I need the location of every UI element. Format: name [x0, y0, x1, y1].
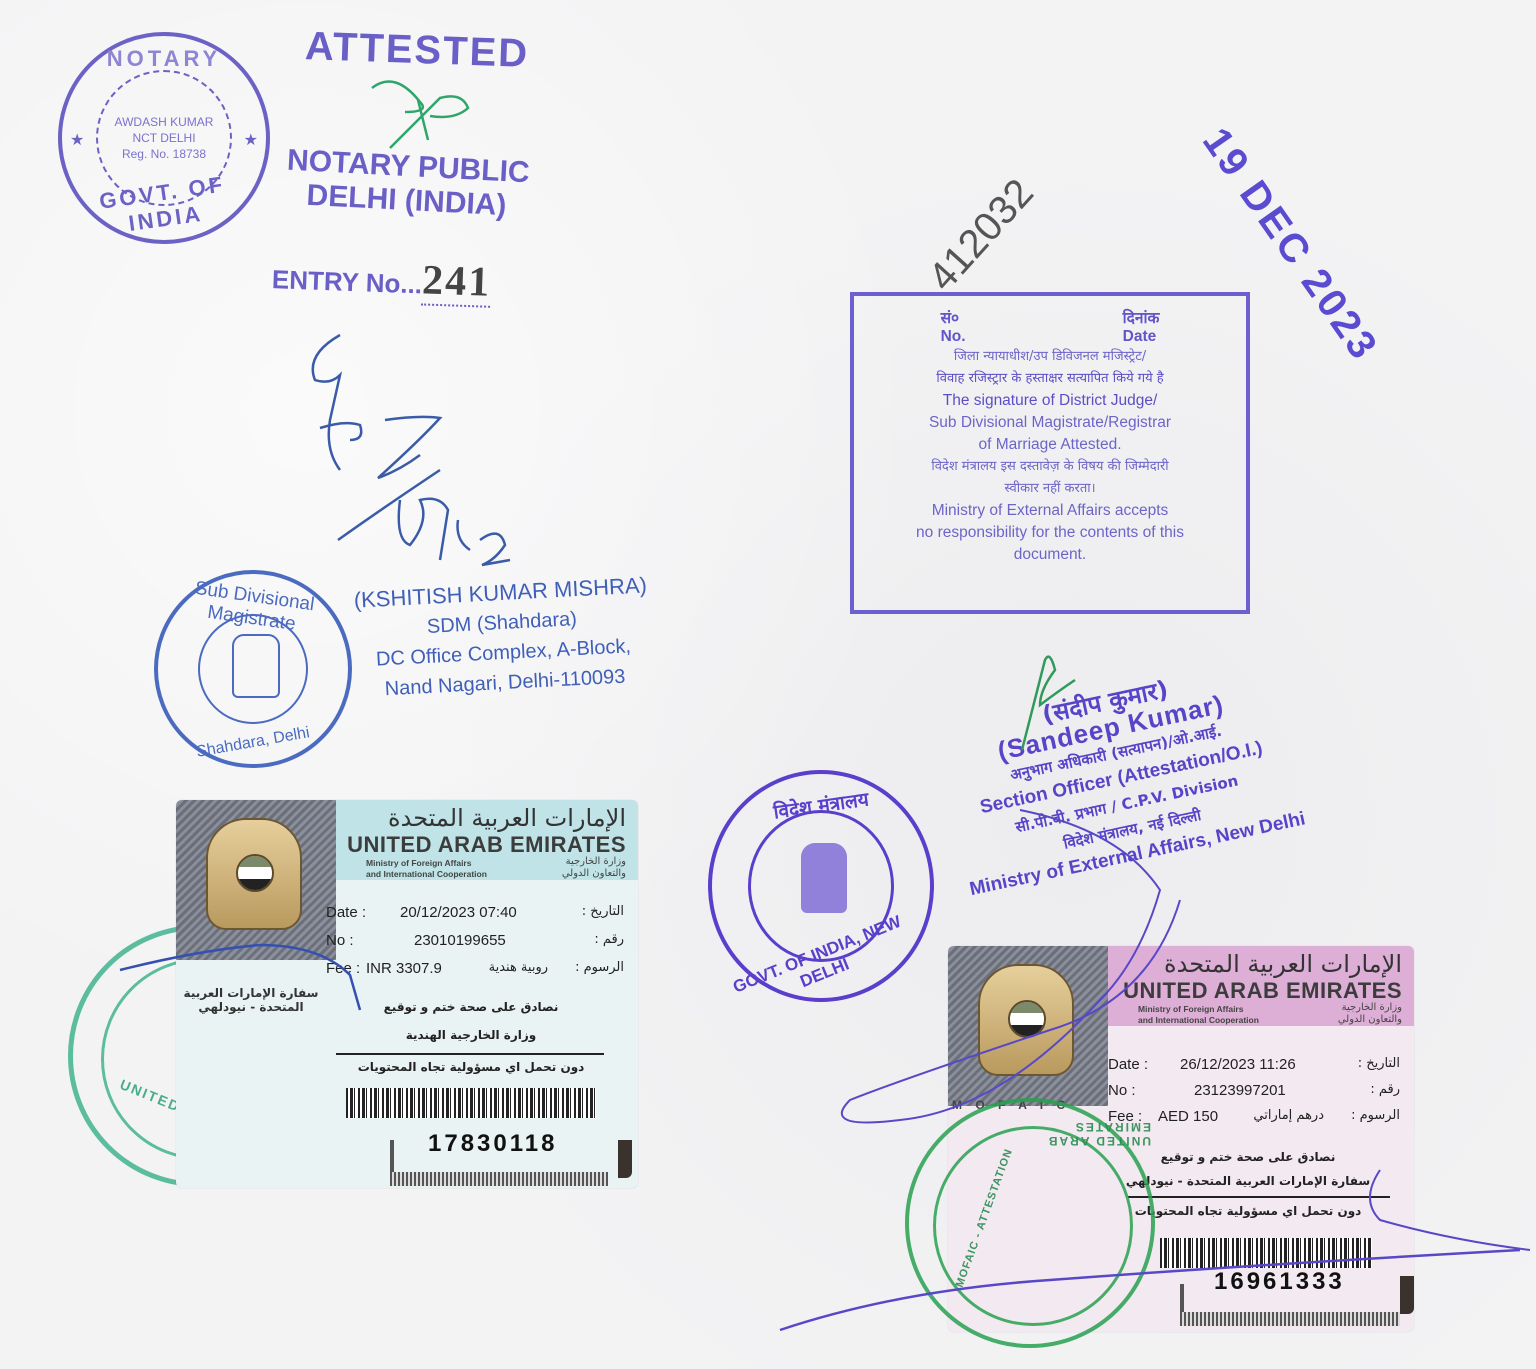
ministry-ar-line: وزارة الخارجية [562, 856, 626, 868]
national-emblem-icon [232, 634, 280, 698]
barcode [346, 1088, 596, 1118]
no-label-hi: सं० [941, 310, 960, 327]
date-value: 26/12/2023 11:26 [1180, 1056, 1296, 1073]
notary-name: AWDASH KUMAR [115, 114, 214, 130]
ministry-en: Ministry of Foreign Affairsand Internati… [366, 858, 487, 880]
sticker-corner-mark [1400, 1276, 1414, 1314]
notary-public-stamp: NOTARY PUBLIC DELHI (INDIA) [284, 144, 530, 225]
date-label-ar: التاريخ : [1358, 1056, 1400, 1071]
date-label: Date : [1108, 1056, 1148, 1073]
fee-value: AED 150 [1158, 1108, 1218, 1125]
fee-value: INR 3307.9 [366, 960, 442, 977]
ministry-ar-line: والتعاون الدولي [562, 868, 626, 880]
sticker-title-ar: الإمارات العربية المتحدة [388, 804, 626, 832]
date-label-ar: التاريخ : [582, 904, 624, 919]
registration-number: 412032 [920, 171, 1043, 300]
ministry-en-line: Ministry of Foreign Affairs [1138, 1004, 1259, 1015]
hologram [176, 800, 336, 960]
sticker-header: الإمارات العربية المتحدة UNITED ARAB EMI… [1108, 946, 1414, 1026]
ministry-ar: وزارة الخارجيةوالتعاون الدولي [562, 856, 626, 880]
sticker-header: الإمارات العربية المتحدة UNITED ARAB EMI… [336, 800, 638, 880]
notary-seal: NOTARY ★ ★ AWDASH KUMAR NCT DELHI Reg. N… [58, 32, 270, 244]
number-label-ar: رقم : [1370, 1082, 1400, 1097]
disclaimer-ar: دون تحمل اي مسؤولية تجاه المحتويات [336, 1060, 606, 1074]
certify-ministry-ar: وزارة الخارجية الهندية [336, 1028, 606, 1042]
mea-hindi-line: स्वीकार नहीं करता। [862, 478, 1238, 500]
ministry-en-line: and International Cooperation [1138, 1015, 1259, 1026]
ministry-ar-line: وزارة الخارجية [1338, 1002, 1402, 1014]
ministry-en-line: Ministry of Foreign Affairs [366, 858, 487, 869]
mea-english-line: Ministry of External Affairs accepts [862, 500, 1238, 522]
signature-rule [336, 1053, 604, 1055]
number-value: 23010199655 [414, 932, 506, 949]
uae-attestation-sticker-1: الإمارات العربية المتحدة UNITED ARAB EMI… [176, 800, 638, 1188]
mea-hindi-line: विदेश मंत्रालय इस दस्तावेज़ के विषय की ज… [862, 456, 1238, 478]
mea-english-line: Sub Divisional Magistrate/Registrar [862, 412, 1238, 434]
sdm-signature-icon [313, 335, 510, 565]
mea-attestation-box-stamp: सं०No. दिनांकDate जिला न्यायाधीश/उप डिवि… [850, 292, 1250, 614]
uae-eagle-emblem-icon [206, 818, 302, 930]
number-value: 23123997201 [1194, 1082, 1286, 1099]
fee-label-ar: الرسوم : [1351, 1108, 1400, 1123]
star-icon: ★ [70, 130, 84, 150]
fee-label-ar: الرسوم : [575, 960, 624, 975]
sticker-title-en: UNITED ARAB EMIRATES [1123, 978, 1402, 1004]
number-label: No : [326, 932, 354, 949]
notary-signature-icon [372, 82, 468, 148]
mea-hindi-line: विवाह रजिस्ट्रार के हस्ताक्षर सत्यापित क… [862, 368, 1238, 390]
number-label: No : [1108, 1082, 1136, 1099]
sdm-designation-stamp: (KSHITISH KUMAR MISHRA) SDM (Shahdara) D… [353, 570, 652, 705]
mofaic-seal-ring-text: UNITED ARAB EMIRATES [984, 1120, 1151, 1148]
mea-english-line: of Marriage Attested. [862, 434, 1238, 456]
mea-english-line: The signature of District Judge/ [862, 390, 1238, 412]
certify-embassy-ar: سفارة الإمارات العربية المتحدة - نيودلهي [1108, 1174, 1388, 1188]
fee-label: Fee : [326, 960, 360, 977]
fee-currency-ar: درهم إماراتي [1253, 1108, 1324, 1123]
barcode-frame [390, 1172, 608, 1186]
uae-eagle-emblem-icon [978, 964, 1074, 1076]
uae-mofaic-seal-inner [933, 1126, 1133, 1326]
mea-officer-stamp: (संदीप कुमार) (Sandeep Kumar) अनुभाग अधि… [935, 654, 1308, 903]
date-label-hi: दिनांक [1123, 310, 1160, 327]
mea-round-seal: विदेश मंत्रालय GOVT. OF INDIA, NEW DELHI [708, 770, 934, 1002]
hologram: M O F A I C [948, 946, 1108, 1106]
sticker-serial-number: 17830118 [428, 1130, 557, 1158]
date-label: Date : [326, 904, 366, 921]
entry-label: ENTRY No... [271, 264, 422, 299]
embassy-seal-ar-line: سفارة الإمارات العربية [176, 986, 326, 1000]
number-label-ar: رقم : [594, 932, 624, 947]
sticker-serial-number: 16961333 [1214, 1268, 1345, 1296]
national-emblem-icon [801, 843, 847, 913]
sticker-corner-mark [618, 1140, 632, 1178]
notary-reg-no: Reg. No. 18738 [122, 146, 206, 162]
entry-number-value: 241 [421, 257, 492, 307]
date-value: 20/12/2023 07:40 [400, 904, 517, 921]
signature-rule [1128, 1196, 1390, 1198]
uae-mofaic-attestation-seal: UNITED ARAB EMIRATES MOFAIC - ATTESTATIO… [905, 1098, 1155, 1348]
ministry-ar-line: والتعاون الدولي [1338, 1014, 1402, 1026]
mea-english-line: no responsibility for the contents of th… [862, 522, 1238, 544]
barcode [1160, 1238, 1372, 1268]
notary-area: NCT DELHI [132, 130, 195, 146]
embassy-seal-ar-line: المتحدة - نيودلهي [176, 1000, 326, 1014]
ministry-en: Ministry of Foreign Affairsand Internati… [1138, 1004, 1259, 1026]
ministry-ar: وزارة الخارجيةوالتعاون الدولي [1338, 1002, 1402, 1026]
ministry-en-line: and International Cooperation [366, 869, 487, 880]
fee-currency-ar: روبية هندية [489, 960, 548, 975]
attested-stamp: ATTESTED [304, 24, 530, 77]
star-icon: ★ [244, 130, 258, 150]
sdm-seal-inner [198, 614, 308, 724]
no-date-header: सं०No. दिनांकDate [862, 310, 1238, 346]
certify-line-ar: نصادق على صحة ختم و توقيع [1108, 1150, 1388, 1164]
embassy-seal-center-text: سفارة الإمارات العربية المتحدة - نيودلهي [176, 986, 326, 1014]
barcode-frame [1180, 1312, 1400, 1326]
entry-number-stamp: ENTRY No...241 [271, 251, 492, 307]
uae-flag-icon [236, 854, 274, 892]
no-label-en: No. [941, 328, 966, 345]
notary-seal-ring-top: NOTARY [62, 46, 266, 72]
sticker-title-ar: الإمارات العربية المتحدة [1164, 950, 1402, 978]
mea-english-line: document. [862, 544, 1238, 566]
sdm-seal-ring-bottom: Shahdara, Delhi [158, 718, 348, 769]
sdm-seal: Sub Divisional Magistrate Shahdara, Delh… [154, 570, 352, 768]
mea-hindi-line: जिला न्यायाधीश/उप डिविजनल मजिस्ट्रेट/ [862, 346, 1238, 368]
uae-flag-icon [1008, 1000, 1046, 1038]
sticker-title-en: UNITED ARAB EMIRATES [347, 832, 626, 858]
date-label-en: Date [1123, 328, 1157, 345]
certify-line-ar: نصادق على صحة ختم و توقيع [336, 1000, 606, 1014]
